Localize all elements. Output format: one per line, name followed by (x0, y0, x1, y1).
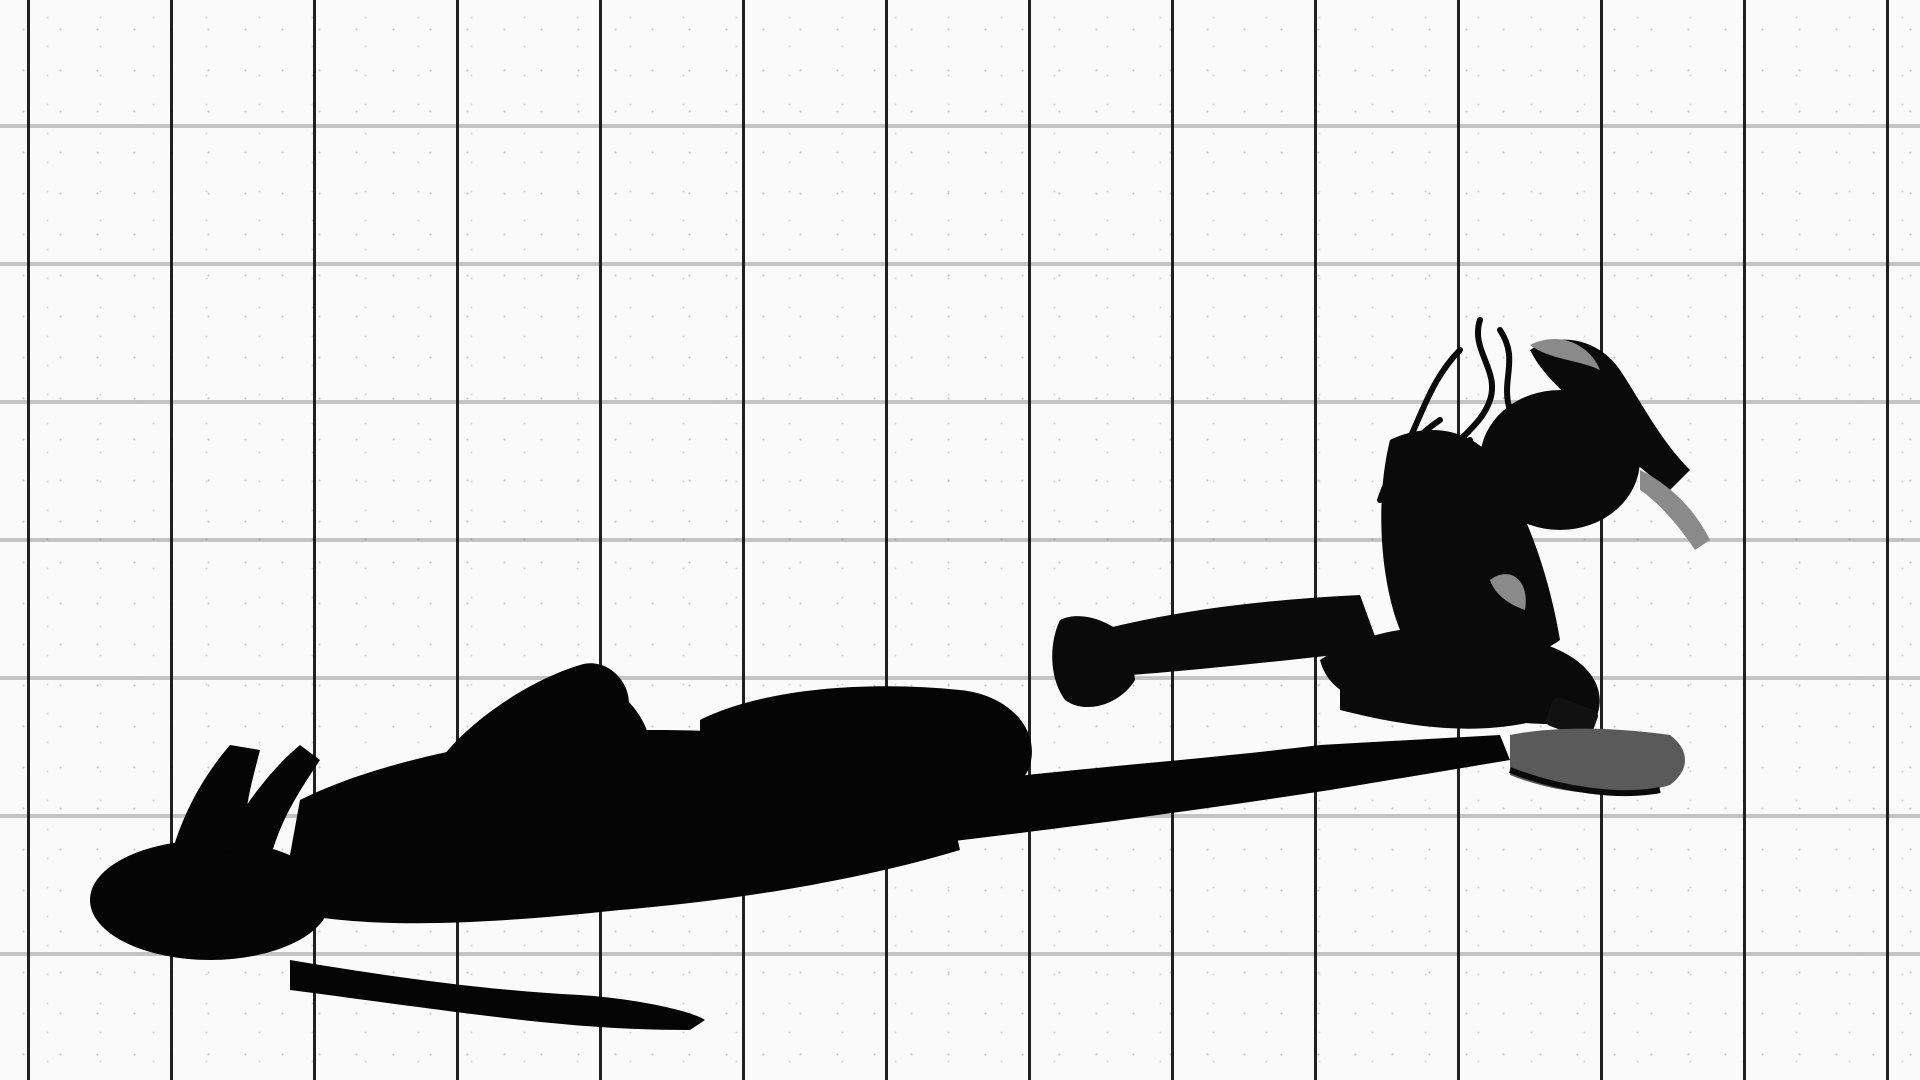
front-shoe (1510, 729, 1685, 794)
photo-scene (0, 0, 1920, 1080)
runner-figure (0, 0, 1920, 1080)
